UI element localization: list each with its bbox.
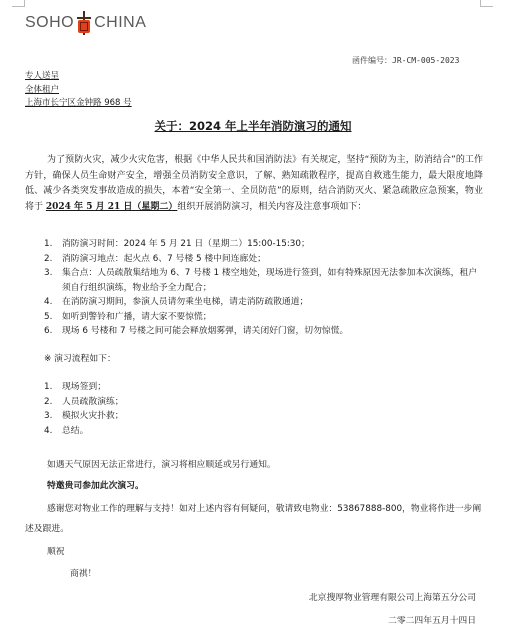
page-corner-mark	[12, 0, 25, 7]
list-item: 5.如听到警铃和广播，请大家不要惊慌；	[44, 310, 484, 325]
recipients-block: 专人送呈 全体租户 上海市长宁区金钟路 968 号	[25, 70, 132, 111]
list-item: 4.总结。	[44, 424, 484, 439]
recipient-line: 专人送呈	[25, 70, 132, 84]
signature-date: 二零二四年五月十四日	[388, 613, 476, 626]
list-item: 2.人员疏散演练；	[44, 395, 484, 410]
recipient-line: 上海市长宁区金钟路 968 号	[25, 97, 132, 111]
document-title: 关于：2024 年上半年消防演习的通知	[0, 118, 506, 134]
seal-icon	[76, 11, 92, 35]
list-item: 6.现场 6 号楼和 7 号楼之间可能会释放烟雾弹，请关闭好门窗，切勿惊慌。	[44, 324, 484, 339]
logo-text-left: SOHO	[25, 14, 74, 32]
weather-note: 如遇天气原因无法正常进行，演习将相应顺延或另行通知。	[47, 457, 276, 470]
process-list: 1.现场签到； 2.人员疏散演练； 3.模拟火灾扑救； 4.总结。	[44, 380, 484, 438]
logo-text-right: CHINA	[94, 14, 146, 32]
list-item: 3.模拟火灾扑救；	[44, 409, 484, 424]
doc-number-label: 函件编号：	[352, 56, 392, 65]
drill-date: 2024 年 5 月 21 日（星期二）	[46, 202, 178, 212]
document-number: 函件编号：JR-CM-005-2023	[352, 55, 459, 66]
closing-regards: 顺祝	[47, 544, 65, 557]
list-item: 1.现场签到；	[44, 380, 484, 395]
signature-organization: 北京搜厚物业管理有限公司上海第五分公司	[309, 590, 476, 603]
doc-number-value: JR-CM-005-2023	[392, 56, 459, 65]
thanks-paragraph: 感谢您对物业工作的理解与支持！如对上述内容有何疑问，敬请致电物业：5386788…	[25, 499, 485, 539]
process-heading: ※ 演习流程如下：	[44, 351, 116, 364]
intro-paragraph: 为了预防火灾，减少火灾危害，根据《中华人民共和国消防法》有关规定，坚持“预防为主…	[25, 153, 483, 215]
list-item: 2.消防演习地点：起火点 6、7 号楼 5 楼中间连廊处；	[44, 252, 484, 267]
list-item: 3.集合点：人员疏散集结地为 6、7 号楼 1 楼空地处，现场进行签到，如有特殊…	[44, 266, 484, 295]
invitation-line: 特邀贵司参加此次演习。	[47, 478, 144, 491]
soho-china-logo: SOHO CHINA	[25, 10, 146, 36]
recipient-line: 全体租户	[25, 84, 132, 98]
notice-items-list: 1.消防演习时间：2024 年 5 月 21 日（星期二）15:00-15:30…	[44, 237, 484, 339]
list-item: 4.在消防演习期间，参演人员请勿乘坐电梯，请走消防疏散通道；	[44, 295, 484, 310]
closing-wish: 商祺！	[70, 566, 96, 579]
page-corner-mark	[480, 0, 493, 7]
list-item: 1.消防演习时间：2024 年 5 月 21 日（星期二）15:00-15:30…	[44, 237, 484, 252]
